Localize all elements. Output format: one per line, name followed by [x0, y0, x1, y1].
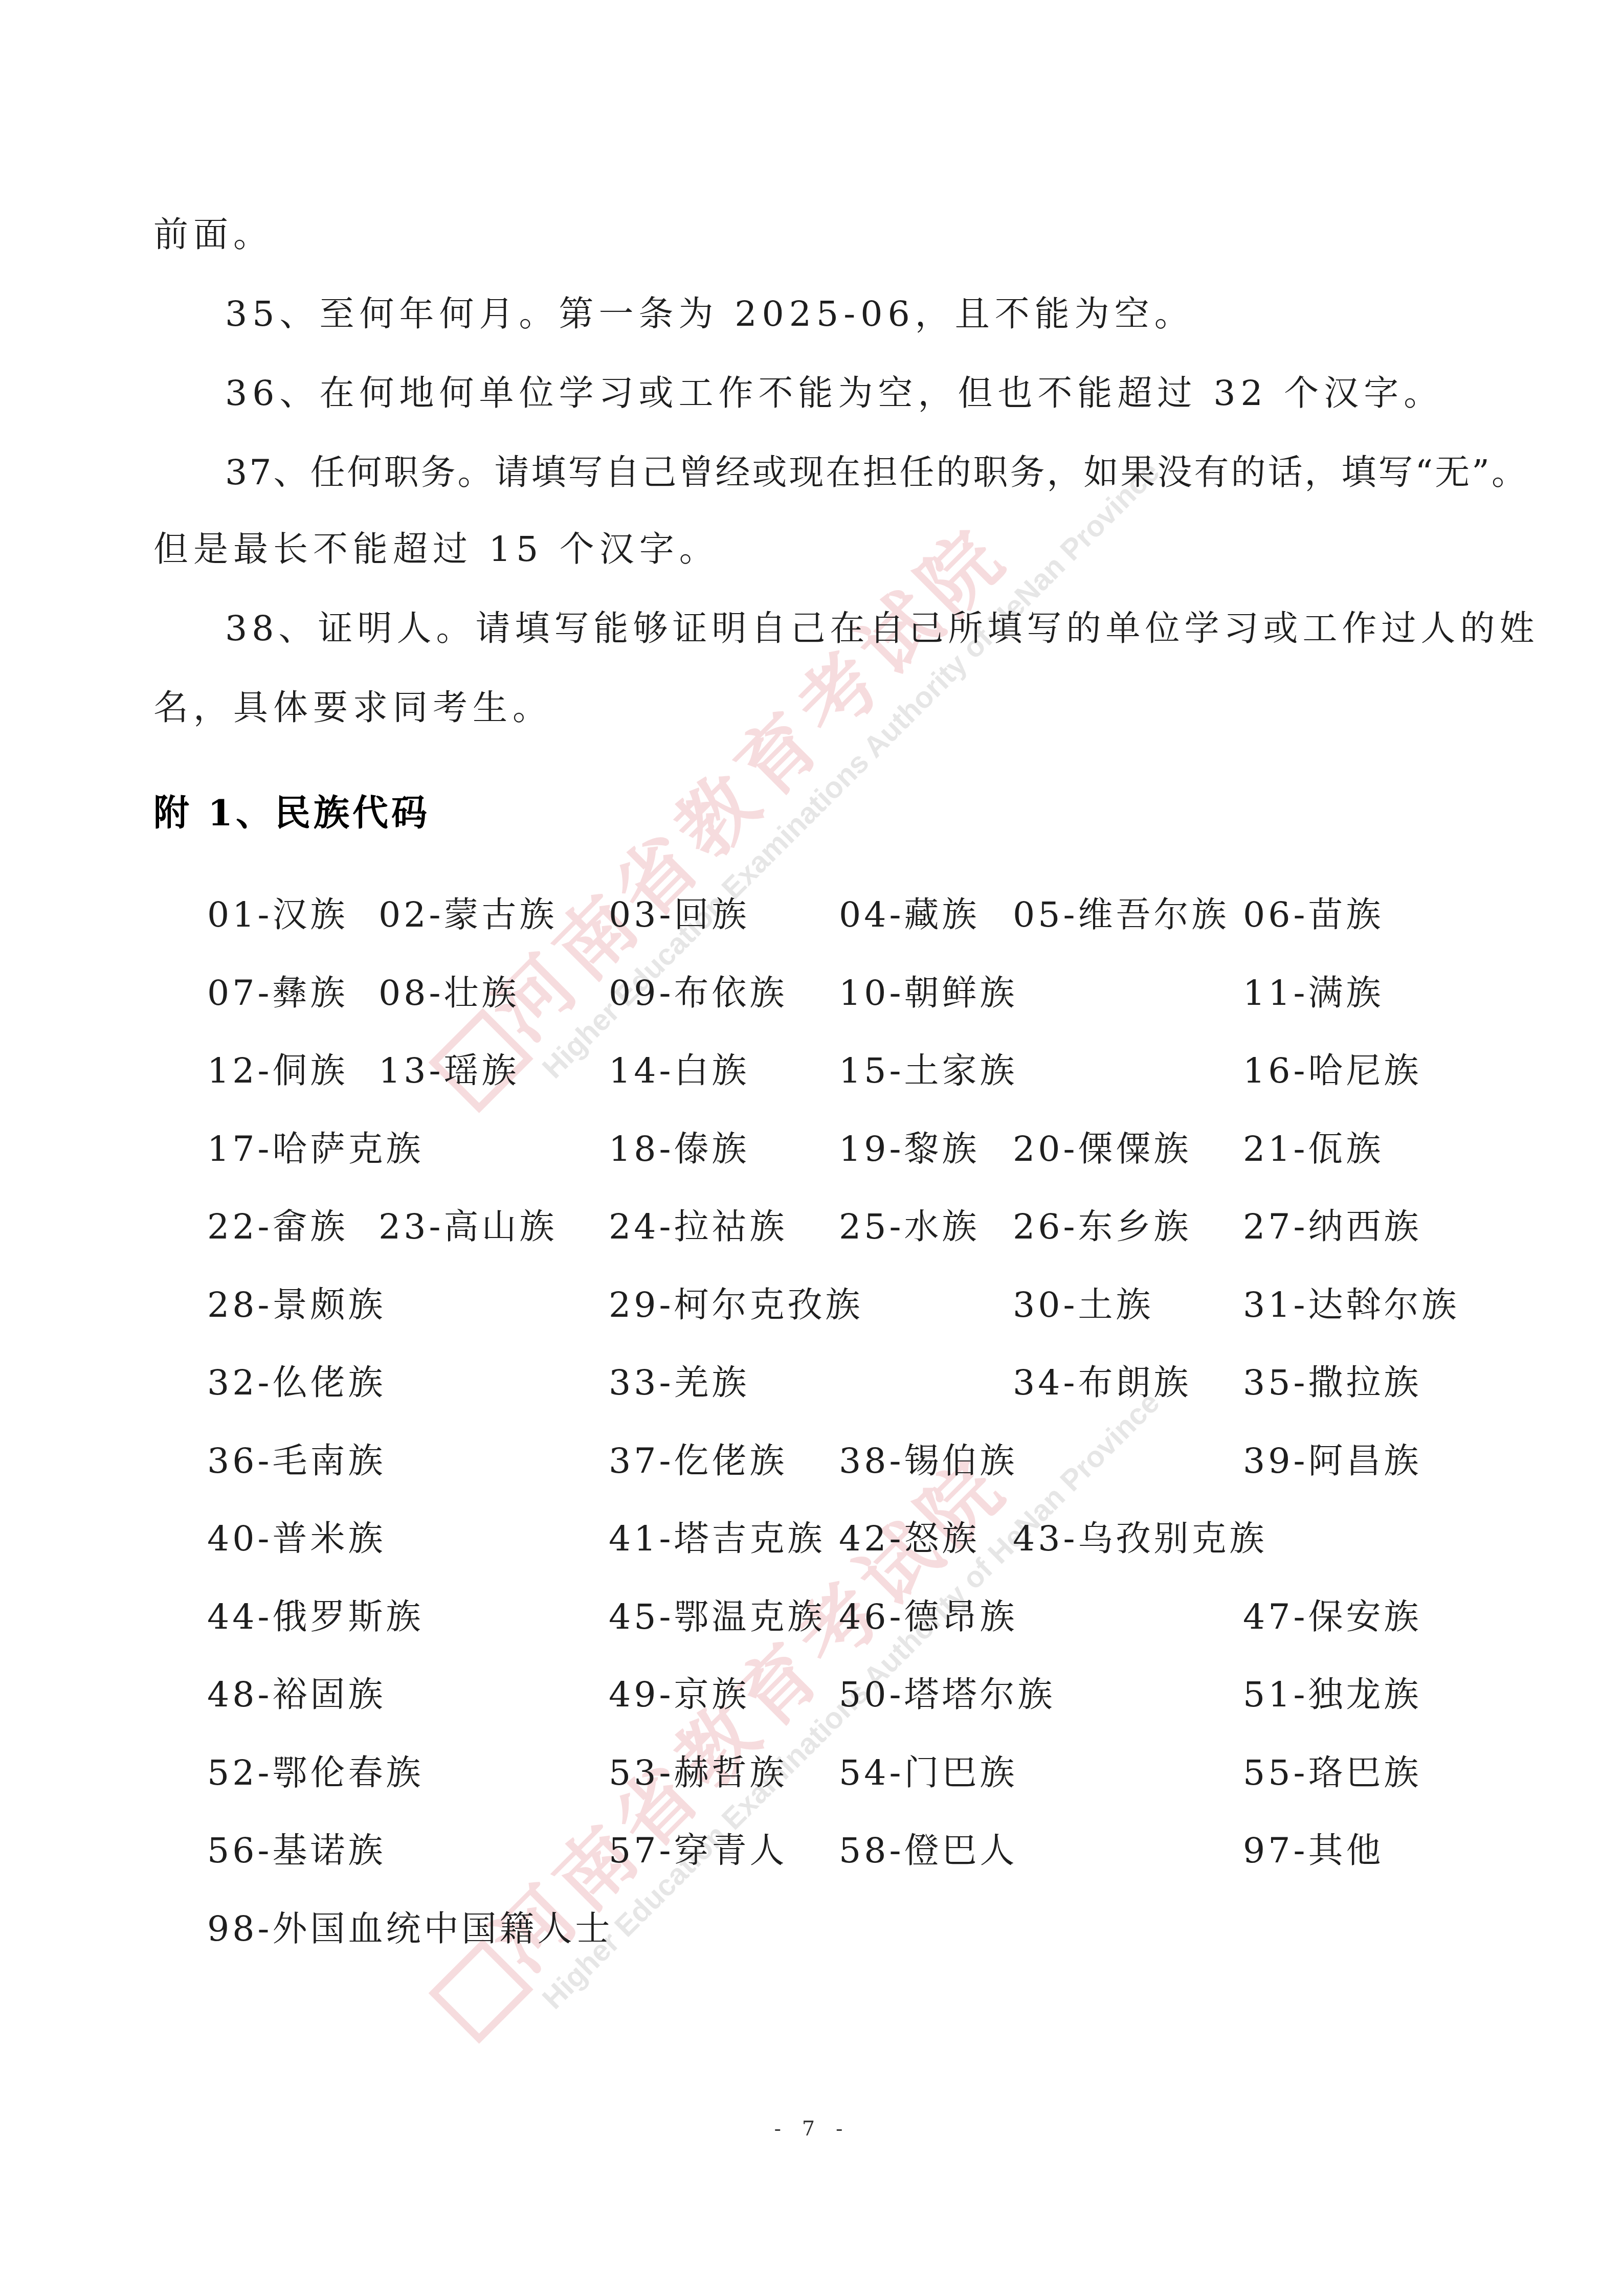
- ethnic-code-entry: 48-裕固族: [207, 1675, 386, 1716]
- ethnic-code-entry: 39-阿昌族: [1243, 1441, 1422, 1482]
- ethnic-code-entry: 05-维吾尔族: [1013, 895, 1230, 936]
- ethnic-code-entry: 41-塔吉克族: [609, 1519, 826, 1560]
- ethnic-code-entry: 11-满族: [1243, 973, 1384, 1014]
- ethnic-code-entry: 07-彝族: [207, 973, 348, 1014]
- ethnic-code-entry: 55-珞巴族: [1243, 1753, 1422, 1794]
- ethnic-code-entry: 40-普米族: [207, 1519, 386, 1560]
- ethnic-code-entry: 23-高山族: [379, 1207, 558, 1248]
- ethnic-code-entry: 27-纳西族: [1243, 1207, 1422, 1248]
- document-page: 河南省教育考试院 Higher Education Examinations A…: [0, 0, 1624, 2296]
- ethnic-code-entry: 49-京族: [609, 1675, 750, 1716]
- ethnic-code-entry: 32-仫佬族: [207, 1363, 386, 1404]
- ethnic-code-entry: 14-白族: [609, 1051, 750, 1092]
- ethnic-code-entry: 47-保安族: [1243, 1597, 1422, 1638]
- paragraph-item-35: 35、至何年何月。第一条为 2025-06，且不能为空。: [225, 294, 1194, 335]
- ethnic-code-entry: 33-羌族: [609, 1363, 750, 1404]
- ethnic-code-entry: 35-撒拉族: [1243, 1363, 1422, 1404]
- ethnic-code-entry: 18-傣族: [609, 1129, 750, 1170]
- ethnic-code-entry: 20-傈僳族: [1013, 1129, 1192, 1170]
- ethnic-code-entry: 25-水族: [839, 1207, 980, 1248]
- ethnic-code-entry: 28-景颇族: [207, 1285, 386, 1326]
- ethnic-code-entry: 31-达斡尔族: [1243, 1285, 1460, 1326]
- ethnic-code-entry: 52-鄂伦春族: [207, 1753, 424, 1794]
- paragraph-item-36: 36、在何地何单位学习或工作不能为空，但也不能超过 32 个汉字。: [225, 373, 1443, 414]
- ethnic-code-entry: 44-俄罗斯族: [207, 1597, 424, 1638]
- ethnic-code-entry: 51-独龙族: [1243, 1675, 1422, 1716]
- ethnic-code-entry: 26-东乡族: [1013, 1207, 1192, 1248]
- ethnic-code-entry: 09-布依族: [609, 973, 788, 1014]
- ethnic-code-entry: 01-汉族: [207, 895, 348, 936]
- ethnic-code-entry: 03-回族: [609, 895, 750, 936]
- watermark: 河南省教育考试院 Higher Education Examinations A…: [419, 393, 1167, 1140]
- ethnic-code-entry: 38-锡伯族: [839, 1441, 1018, 1482]
- ethnic-code-entry: 53-赫哲族: [609, 1753, 788, 1794]
- ethnic-code-entry: 98-外国血统中国籍人士: [207, 1909, 613, 1950]
- ethnic-code-entry: 58-僜巴人: [839, 1831, 1018, 1872]
- ethnic-code-entry: 34-布朗族: [1013, 1363, 1192, 1404]
- ethnic-code-entry: 19-黎族: [839, 1129, 980, 1170]
- ethnic-code-entry: 02-蒙古族: [379, 895, 558, 936]
- appendix-heading: 附 1、民族代码: [153, 793, 430, 834]
- paragraph-continuation: 前面。: [153, 215, 273, 256]
- ethnic-code-entry: 36-毛南族: [207, 1441, 386, 1482]
- ethnic-code-entry: 22-畲族: [207, 1207, 348, 1248]
- ethnic-code-entry: 29-柯尔克孜族: [609, 1285, 863, 1326]
- ethnic-code-entry: 57-穿青人: [609, 1831, 788, 1872]
- ethnic-code-entry: 43-乌孜别克族: [1013, 1519, 1267, 1560]
- paragraph-item-38: 38、证明人。请填写能够证明自己在自己所填写的单位学习或工作过人的姓: [225, 609, 1539, 649]
- ethnic-code-entry: 54-门巴族: [839, 1753, 1018, 1794]
- watermark-logo-icon: [429, 1939, 533, 2044]
- ethnic-code-entry: 37-仡佬族: [609, 1441, 788, 1482]
- ethnic-code-entry: 97-其他: [1243, 1831, 1384, 1872]
- ethnic-code-entry: 24-拉祜族: [609, 1207, 788, 1248]
- ethnic-code-entry: 46-德昂族: [839, 1597, 1018, 1638]
- ethnic-code-entry: 15-土家族: [839, 1051, 1018, 1092]
- page-number: - 7 -: [0, 2117, 1624, 2141]
- ethnic-code-entry: 10-朝鲜族: [839, 973, 1018, 1014]
- ethnic-code-entry: 56-基诺族: [207, 1831, 386, 1872]
- ethnic-code-entry: 45-鄂温克族: [609, 1597, 826, 1638]
- paragraph-item-37: 37、任何职务。请填写自己曾经或现在担任的职务，如果没有的话，填写“无”。: [225, 453, 1528, 493]
- ethnic-code-entry: 21-佤族: [1243, 1129, 1384, 1170]
- paragraph-item-37-cont: 但是最长不能超过 15 个汉字。: [153, 529, 719, 570]
- ethnic-code-entry: 06-苗族: [1243, 895, 1384, 936]
- ethnic-code-entry: 50-塔塔尔族: [839, 1675, 1056, 1716]
- ethnic-code-entry: 16-哈尼族: [1243, 1051, 1422, 1092]
- paragraph-item-38-cont: 名，具体要求同考生。: [153, 688, 552, 729]
- ethnic-code-entry: 42-怒族: [839, 1519, 980, 1560]
- ethnic-code-entry: 13-瑶族: [379, 1051, 520, 1092]
- ethnic-code-entry: 04-藏族: [839, 895, 980, 936]
- ethnic-code-entry: 08-壮族: [379, 973, 520, 1014]
- ethnic-code-entry: 30-土族: [1013, 1285, 1154, 1326]
- ethnic-code-entry: 12-侗族: [207, 1051, 348, 1092]
- ethnic-code-entry: 17-哈萨克族: [207, 1129, 424, 1170]
